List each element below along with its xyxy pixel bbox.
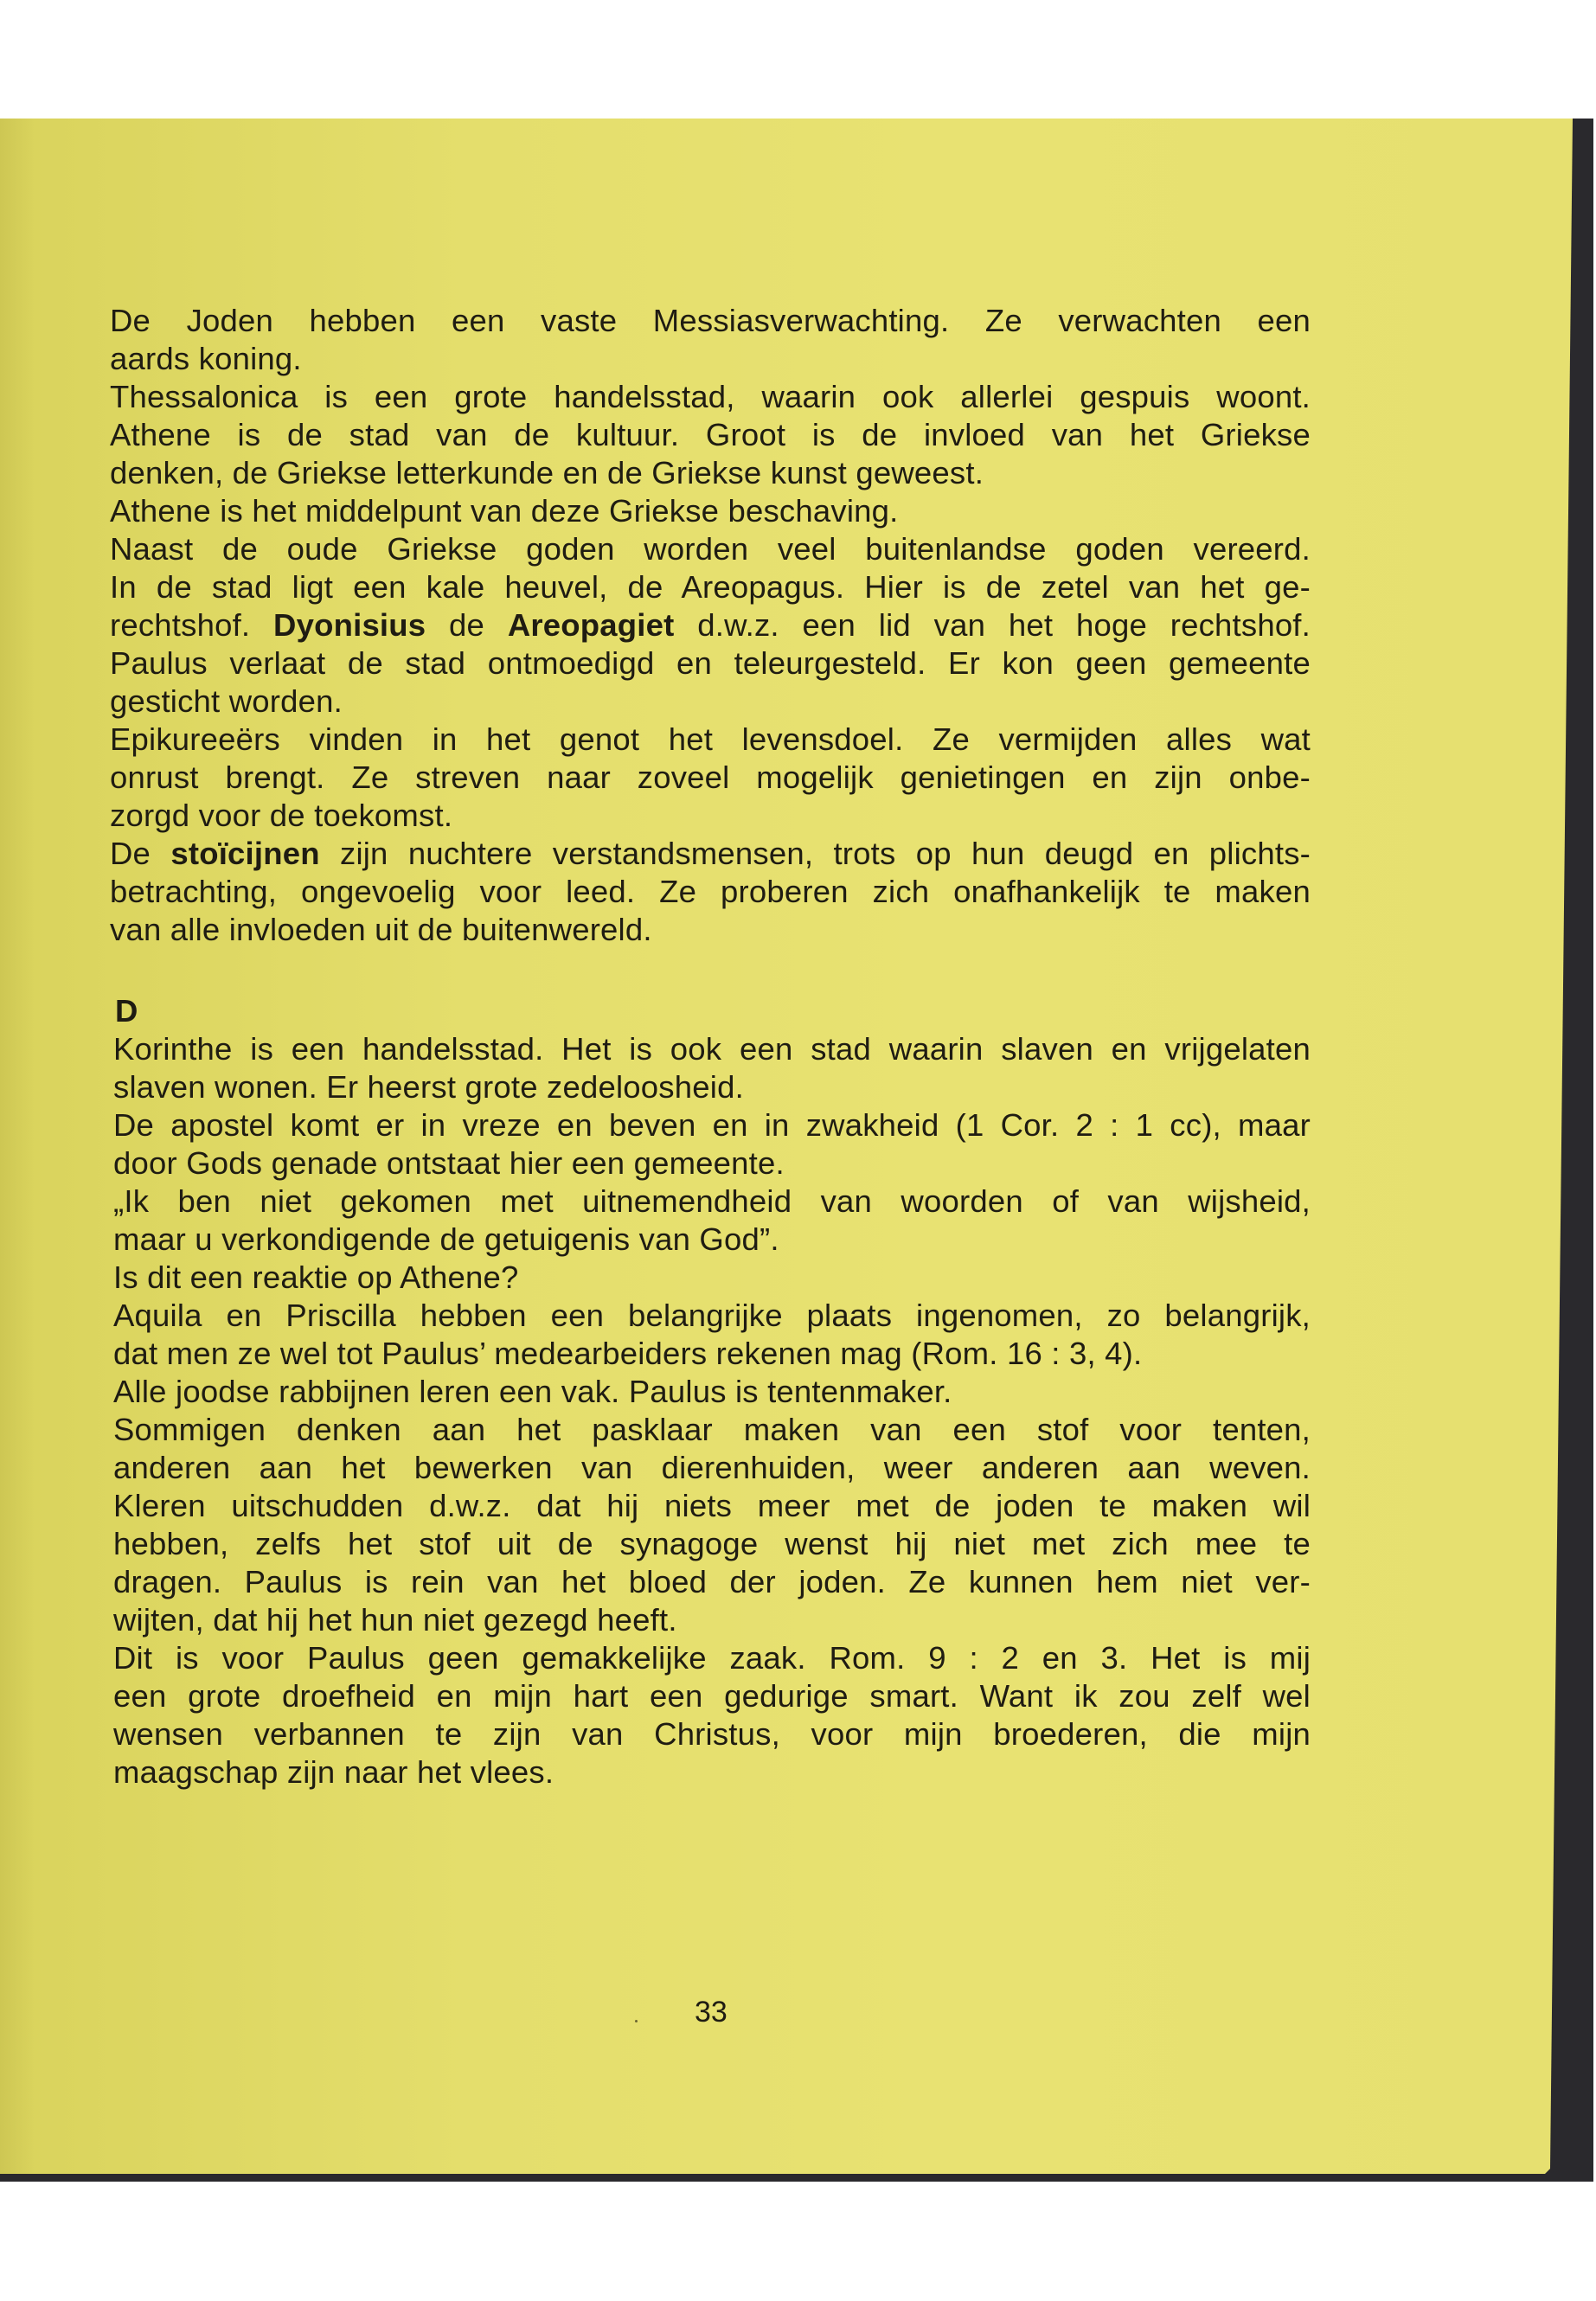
text-line: wensen verbannen te zijn van Christus, v… [113,1715,1311,1753]
bold-term-stoicijnen: stoïcijnen [170,836,319,871]
text-line: denken, de Griekse letterkunde en de Gri… [110,454,1311,492]
text-line: anderen aan het bewerken van dierenhuide… [113,1449,1311,1487]
section-d-text: Korinthe is een handelsstad. Het is ook … [113,1030,1311,1791]
text-line: een grote droefheid en mijn hart een ged… [113,1677,1311,1715]
page-edge-shading [0,119,35,2174]
text-line: maagschap zijn naar het vlees. [113,1753,1311,1791]
text-line: Korinthe is een handelsstad. Het is ook … [113,1030,1311,1068]
text-line: Athene is het middelpunt van deze Grieks… [110,492,1311,530]
text-line: wijten, dat hij het hun niet gezegd heef… [113,1601,1311,1639]
section-heading-d: D [115,992,1311,1030]
text-line: maar u verkondigende de getuigenis van G… [113,1221,1311,1259]
text-line: In de stad ligt een kale heuvel, de Areo… [110,568,1311,606]
text-line: Thessalonica is een grote handelsstad, w… [110,378,1311,416]
text-line: dat men ze wel tot Paulus’ medearbeiders… [113,1335,1311,1373]
text-line: Sommigen denken aan het pasklaar maken v… [113,1411,1311,1449]
text-line: gesticht worden. [110,683,1311,721]
text-line: dragen. Paulus is rein van het bloed der… [113,1563,1311,1601]
bold-term-dyonisius: Dyonisius [273,607,426,643]
book-page: De Joden hebben een vaste Messiasverwach… [0,119,1574,2174]
body-text: De Joden hebben een vaste Messiasverwach… [110,302,1311,1791]
text-line: Epikureeërs vinden in het genot het leve… [110,721,1311,759]
text-line: Naast de oude Griekse goden worden veel … [110,530,1311,568]
text-line: Kleren uitschudden d.w.z. dat hij niets … [113,1487,1311,1525]
text-line: Paulus verlaat de stad ontmoedigd en tel… [110,644,1311,683]
text-line: van alle invloeden uit de buitenwereld. [110,911,1311,949]
text-line: hebben, zelfs het stof uit de synagoge w… [113,1525,1311,1563]
text-line: De Joden hebben een vaste Messiasverwach… [110,302,1311,340]
text-line: zorgd voor de toekomst. [110,797,1311,835]
text-fragment: d.w.z. een lid van het hoge rechtshof. [674,607,1311,643]
text-line: Athene is de stad van de kultuur. Groot … [110,416,1311,454]
text-line: aards koning. [110,340,1311,378]
text-line: Is dit een reaktie op Athene? [113,1259,1311,1297]
text-fragment: De [110,836,170,871]
text-fragment: rechtshof. [110,607,273,643]
page-number: 33 [695,1996,727,2029]
text-line: onrust brengt. Ze streven naar zoveel mo… [110,759,1311,797]
text-line: Dit is voor Paulus geen gemakkelijke zaa… [113,1639,1311,1677]
text-line: betrachting, ongevoelig voor leed. Ze pr… [110,873,1311,911]
bold-term-areopagiet: Areopagiet [508,607,675,643]
text-line: De apostel komt er in vreze en beven en … [113,1106,1311,1144]
section-gap [110,949,1311,992]
text-line: „Ik ben niet gekomen met uitnemendheid v… [113,1183,1311,1221]
text-line: door Gods genade ontstaat hier een gemee… [113,1144,1311,1183]
text-fragment: zijn nuchtere verstandsmensen, trots op … [320,836,1311,871]
paper-speck [635,2020,638,2022]
text-fragment: de [426,607,508,643]
text-line: Aquila en Priscilla hebben een belangrij… [113,1297,1311,1335]
text-line: Alle joodse rabbijnen leren een vak. Pau… [113,1373,1311,1411]
text-line-with-bold-names: rechtshof. Dyonisius de Areopagiet d.w.z… [110,606,1311,644]
text-line: slaven wonen. Er heerst grote zedelooshe… [113,1068,1311,1106]
text-line-with-bold-term: De stoïcijnen zijn nuchtere verstandsmen… [110,835,1311,873]
